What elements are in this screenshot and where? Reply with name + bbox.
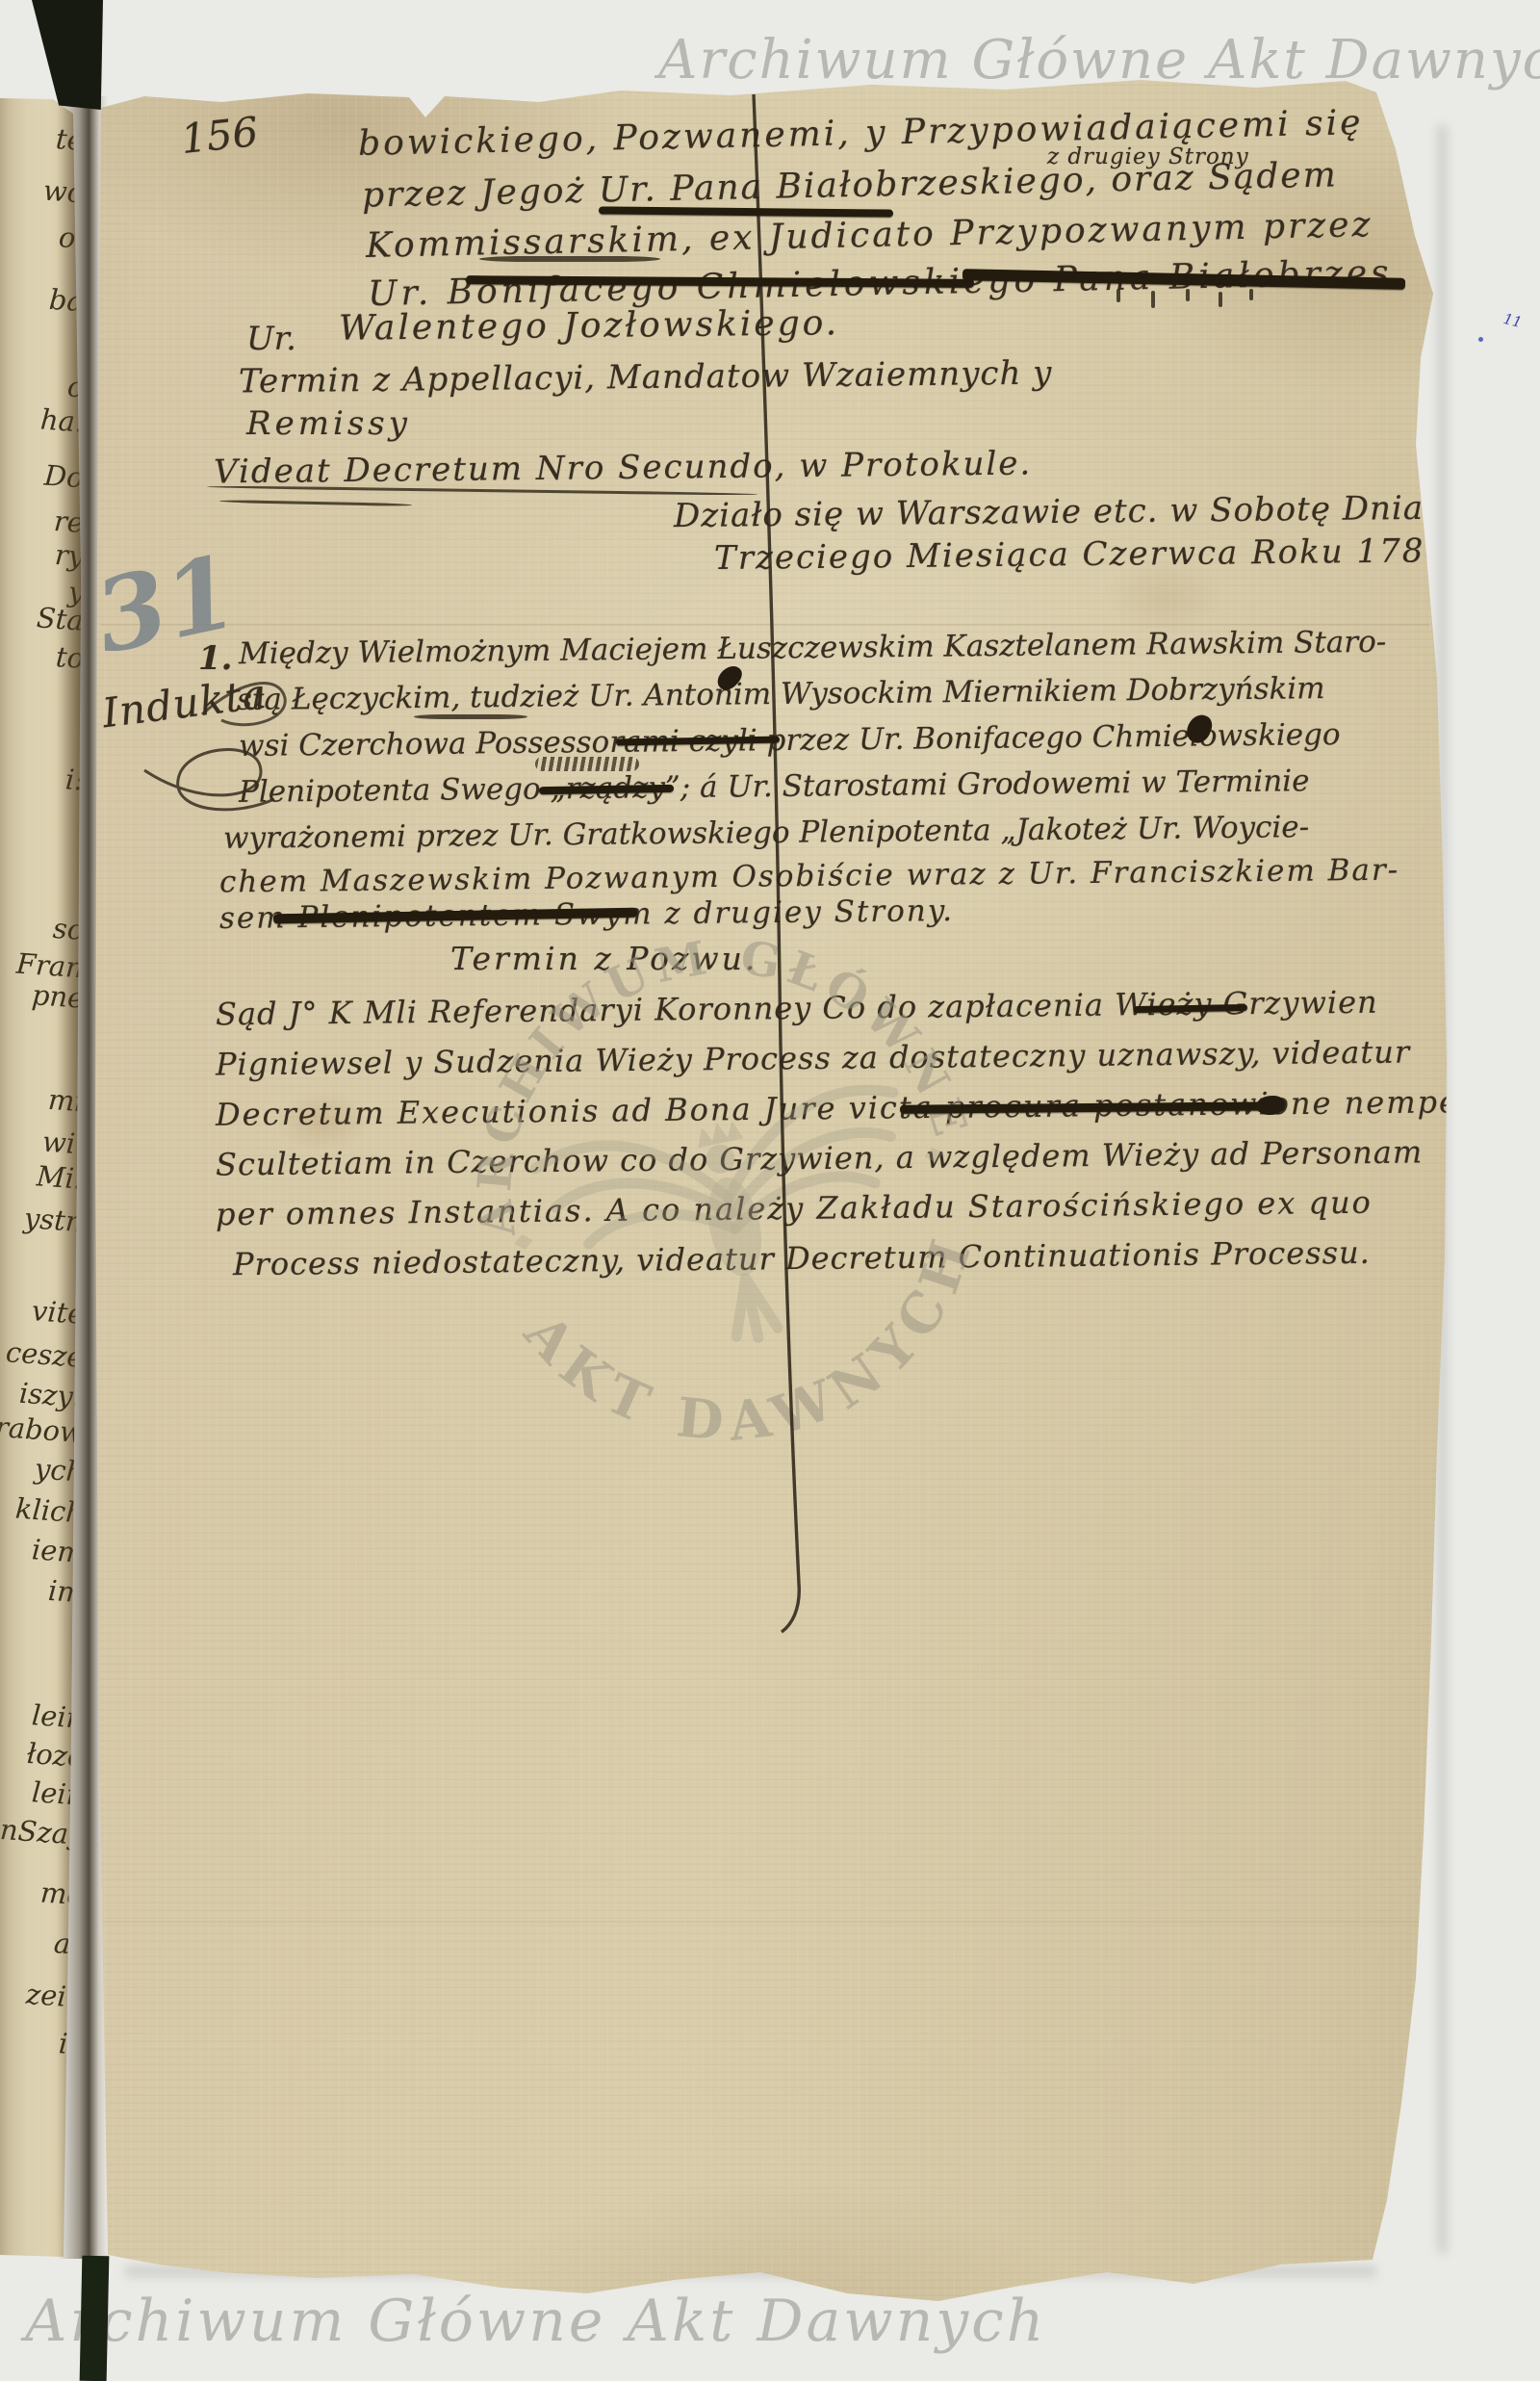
struck-insertion (535, 757, 639, 771)
ink-drip (1151, 291, 1155, 308)
binding-strip-top (32, 0, 103, 110)
ink-drip (1116, 289, 1120, 302)
underline-mark (479, 256, 660, 262)
ink-blot (1256, 1096, 1285, 1115)
archive-watermark-top: Archiwum Główne Akt Dawnych (658, 29, 1540, 91)
underline-mark (414, 714, 527, 719)
ink-drip (1219, 292, 1222, 307)
blue-ink-dot (1478, 337, 1483, 342)
binding-strip-bottom (80, 2256, 110, 2381)
ink-drip (1249, 289, 1253, 300)
blue-ink-mark: 11 (1501, 310, 1524, 331)
archival-scan: Archiwum Główne Akt Dawnych Archiwum Głó… (0, 0, 1540, 2381)
archive-watermark-bottom: Archiwum Główne Akt Dawnych (25, 2288, 1046, 2355)
ink-drip (1186, 289, 1190, 301)
manuscript-page: ARCHIWUM GŁÓWNE AKT DAWNYCH (0, 0, 1540, 2381)
ink-fold-line (0, 0, 1540, 2381)
